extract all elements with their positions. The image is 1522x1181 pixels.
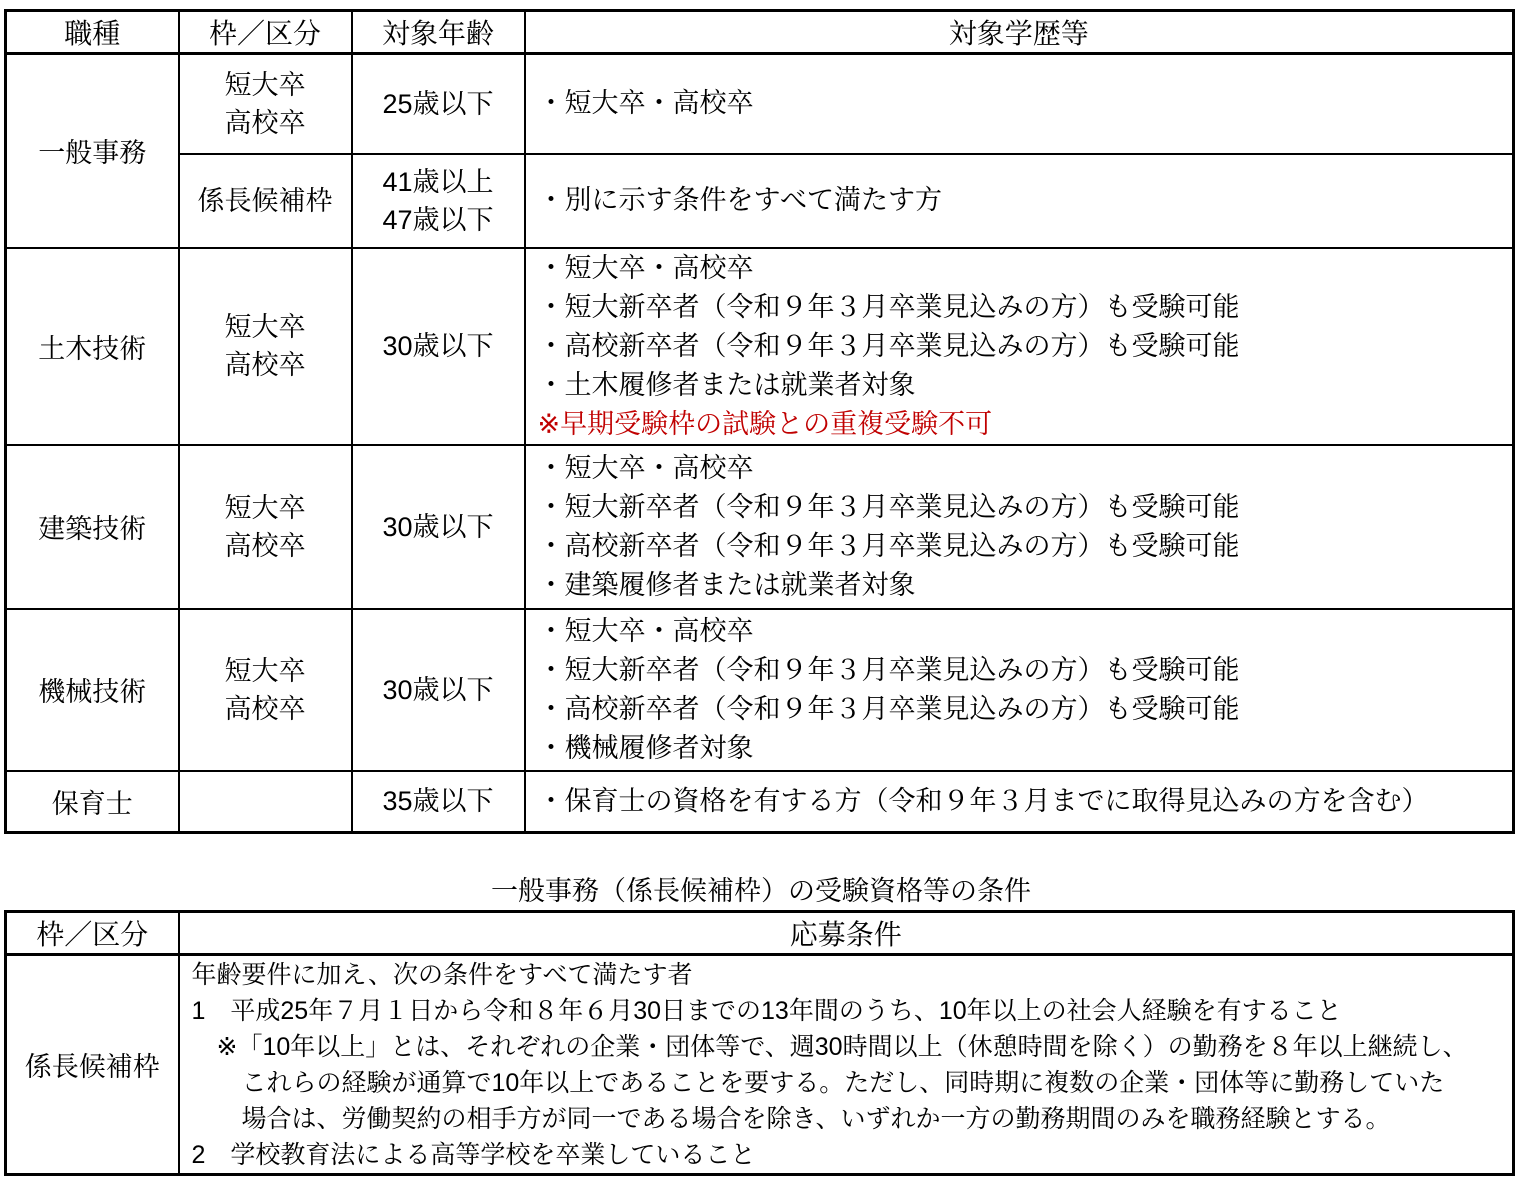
cell-job-general-office: 一般事務 (6, 54, 179, 248)
duplicate-exam-warning: ※早期受験枠の試験との重複受験不可 (538, 405, 1513, 444)
table-row: 一般事務 短大卒 高校卒 25歳以下 ・短大卒・高校卒 (6, 54, 1514, 154)
header-job-type: 職種 (6, 11, 179, 54)
condition-line: ※「10年以上」とは、それぞれの企業・団体等で、週30時間以上（休憩時間を除く）… (192, 1029, 1513, 1065)
conditions-table: 枠／区分 応募条件 係長候補枠 年齢要件に加え、次の条件をすべて満たす者 1 平… (4, 910, 1515, 1176)
condition-line: 2 学校教育法による高等学校を卒業していること (192, 1137, 1513, 1173)
education-line: ・短大新卒者（令和９年３月卒業見込みの方）も受験可能 (538, 488, 1513, 527)
cell-age: 35歳以下 (352, 771, 525, 833)
cell-education: ・短大卒・高校卒 (525, 54, 1514, 154)
cell-category: 短大卒 高校卒 (179, 609, 352, 771)
category-line: 短大卒 (180, 66, 351, 104)
page: 職種 枠／区分 対象年齢 対象学歴等 一般事務 短大卒 高校卒 25歳以下 ・短… (0, 0, 1522, 1181)
age-line: 41歳以上 (353, 163, 524, 201)
education-line: ・高校新卒者（令和９年３月卒業見込みの方）も受験可能 (538, 527, 1513, 566)
category-line: 高校卒 (180, 346, 351, 384)
table-header-row: 枠／区分 応募条件 (6, 912, 1514, 955)
education-line: ・短大卒・高校卒 (538, 449, 1513, 488)
education-line: ・短大新卒者（令和９年３月卒業見込みの方）も受験可能 (538, 651, 1513, 690)
category-line: 短大卒 (180, 489, 351, 527)
header-target-education: 対象学歴等 (525, 11, 1514, 54)
cell-category: 短大卒 高校卒 (179, 54, 352, 154)
table-row: 保育士 35歳以下 ・保育士の資格を有する方（令和９年３月までに取得見込みの方を… (6, 771, 1514, 833)
table-row: 土木技術 短大卒 高校卒 30歳以下 ・短大卒・高校卒 ・短大新卒者（令和９年３… (6, 248, 1514, 445)
education-line: ・機械履修者対象 (538, 729, 1513, 768)
cell-education: ・別に示す条件をすべて満たす方 (525, 154, 1514, 248)
header-application-conditions: 応募条件 (179, 912, 1514, 955)
table-header-row: 職種 枠／区分 対象年齢 対象学歴等 (6, 11, 1514, 54)
education-line: ・短大新卒者（令和９年３月卒業見込みの方）も受験可能 (538, 288, 1513, 327)
age-line: 47歳以下 (353, 201, 524, 239)
condition-line: 1 平成25年７月１日から令和８年６月30日までの13年間のうち、10年以上の社… (192, 993, 1513, 1029)
category-line: 係長候補枠 (180, 182, 351, 220)
cell-conditions: 年齢要件に加え、次の条件をすべて満たす者 1 平成25年７月１日から令和８年６月… (179, 955, 1514, 1175)
cell-category: 係長候補枠 (179, 154, 352, 248)
cell-education: ・短大卒・高校卒 ・短大新卒者（令和９年３月卒業見込みの方）も受験可能 ・高校新… (525, 609, 1514, 771)
cell-age: 30歳以下 (352, 609, 525, 771)
education-line: ・高校新卒者（令和９年３月卒業見込みの方）も受験可能 (538, 327, 1513, 366)
cell-education: ・保育士の資格を有する方（令和９年３月までに取得見込みの方を含む） (525, 771, 1514, 833)
cell-age: 41歳以上 47歳以下 (352, 154, 525, 248)
cell-category-empty (179, 771, 352, 833)
table-row: 建築技術 短大卒 高校卒 30歳以下 ・短大卒・高校卒 ・短大新卒者（令和９年３… (6, 445, 1514, 609)
education-line: ・保育士の資格を有する方（令和９年３月までに取得見込みの方を含む） (538, 782, 1513, 821)
category-line: 高校卒 (180, 690, 351, 728)
cell-job-mechanical: 機械技術 (6, 609, 179, 771)
header-target-age: 対象年齢 (352, 11, 525, 54)
cell-age: 30歳以下 (352, 445, 525, 609)
age-line: 30歳以下 (353, 671, 524, 709)
condition-line: 場合は、労働契約の相手方が同一である場合を除き、いずれか一方の勤務期間のみを職務… (192, 1101, 1513, 1137)
category-line: 短大卒 (180, 308, 351, 346)
cell-category: 短大卒 高校卒 (179, 248, 352, 445)
cell-category: 短大卒 高校卒 (179, 445, 352, 609)
cell-job-civil-engineering: 土木技術 (6, 248, 179, 445)
category-line: 短大卒 (180, 652, 351, 690)
age-line: 25歳以下 (353, 85, 524, 123)
cell-education: ・短大卒・高校卒 ・短大新卒者（令和９年３月卒業見込みの方）も受験可能 ・高校新… (525, 445, 1514, 609)
cell-age: 30歳以下 (352, 248, 525, 445)
age-line: 30歳以下 (353, 327, 524, 365)
recruitment-table: 職種 枠／区分 対象年齢 対象学歴等 一般事務 短大卒 高校卒 25歳以下 ・短… (4, 9, 1515, 834)
table-row: 係長候補枠 年齢要件に加え、次の条件をすべて満たす者 1 平成25年７月１日から… (6, 955, 1514, 1175)
age-line: 30歳以下 (353, 508, 524, 546)
section2-title: 一般事務（係長候補枠）の受験資格等の条件 (0, 876, 1522, 906)
education-line: ・土木履修者または就業者対象 (538, 366, 1513, 405)
cell-category-section-chief: 係長候補枠 (6, 955, 179, 1175)
education-line: ・短大卒・高校卒 (538, 612, 1513, 651)
age-line: 35歳以下 (353, 782, 524, 820)
table-row: 係長候補枠 41歳以上 47歳以下 ・別に示す条件をすべて満たす方 (6, 154, 1514, 248)
cell-education: ・短大卒・高校卒 ・短大新卒者（令和９年３月卒業見込みの方）も受験可能 ・高校新… (525, 248, 1514, 445)
education-line: ・建築履修者または就業者対象 (538, 566, 1513, 605)
header-category: 枠／区分 (6, 912, 179, 955)
cell-age: 25歳以下 (352, 54, 525, 154)
table-row: 機械技術 短大卒 高校卒 30歳以下 ・短大卒・高校卒 ・短大新卒者（令和９年３… (6, 609, 1514, 771)
cell-job-architecture: 建築技術 (6, 445, 179, 609)
condition-line: 年齢要件に加え、次の条件をすべて満たす者 (192, 957, 1513, 993)
category-line: 高校卒 (180, 104, 351, 142)
education-line: ・別に示す条件をすべて満たす方 (538, 181, 1513, 220)
condition-line: これらの経験が通算で10年以上であることを要する。ただし、同時期に複数の企業・団… (192, 1065, 1513, 1101)
header-category: 枠／区分 (179, 11, 352, 54)
cell-job-childcare: 保育士 (6, 771, 179, 833)
education-line: ・高校新卒者（令和９年３月卒業見込みの方）も受験可能 (538, 690, 1513, 729)
education-line: ・短大卒・高校卒 (538, 84, 1513, 123)
education-line: ・短大卒・高校卒 (538, 249, 1513, 288)
category-line: 高校卒 (180, 527, 351, 565)
